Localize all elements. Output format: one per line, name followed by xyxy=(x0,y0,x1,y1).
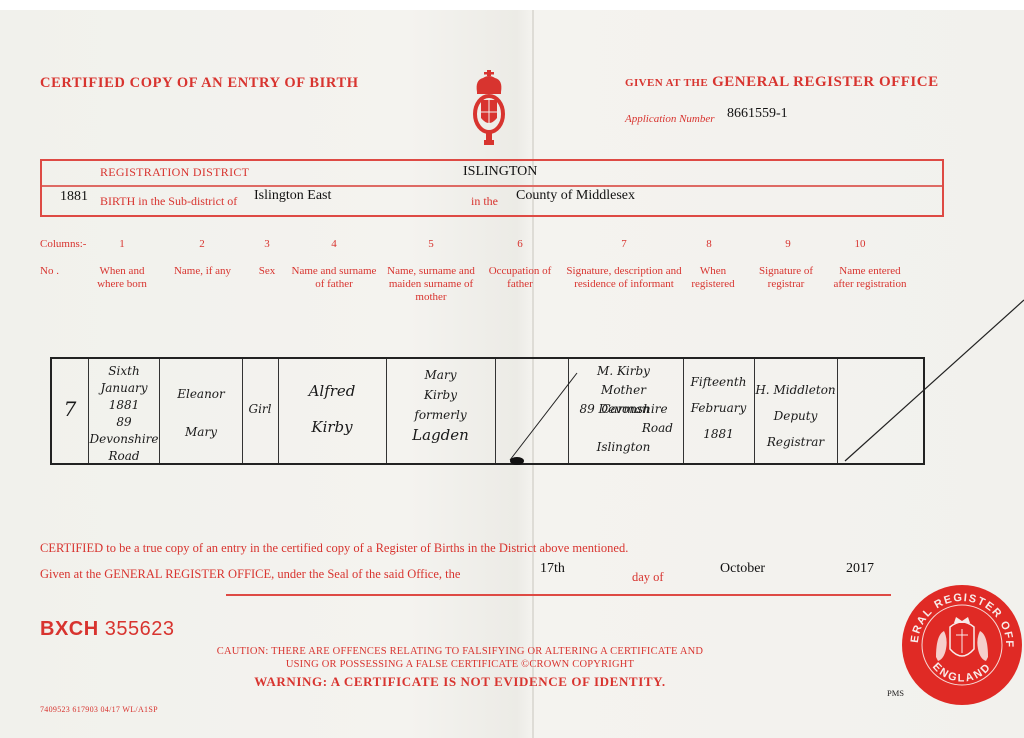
informant-address: 89 Devonshire xyxy=(566,400,681,419)
entry-sex: Girl xyxy=(242,401,278,418)
column-header-when-where-born: When and where born xyxy=(92,265,152,291)
registered-day: Fifteenth xyxy=(683,369,754,395)
column-header-informant: Signature, description and residence of … xyxy=(562,265,686,291)
serial-digits: 355623 xyxy=(105,618,175,640)
registrar-role: Registrar xyxy=(754,429,837,455)
column-divider xyxy=(495,359,496,463)
column-header-registrar: Signature of registrar xyxy=(756,265,816,291)
certification-month: October xyxy=(720,561,765,577)
certification-day: 17th xyxy=(540,561,565,577)
subdistrict-value: Islington East xyxy=(254,188,331,204)
column-number-5: 5 xyxy=(426,238,436,250)
columns-label: Columns:- xyxy=(40,238,86,250)
mother-forename: Mary xyxy=(386,365,495,385)
entry-number: 7 xyxy=(52,401,88,418)
column-header-when-registered: When registered xyxy=(690,265,736,291)
given-at-heading: GIVEN AT THE GENERAL REGISTER OFFICE xyxy=(625,73,939,91)
born-year: 1881 xyxy=(88,397,160,414)
column-header-father: Name and surname of father xyxy=(288,265,380,291)
column-number-4: 4 xyxy=(329,238,339,250)
office-name: GENERAL REGISTER OFFICE xyxy=(712,74,939,90)
serial-number: BXCH 355623 xyxy=(40,618,174,641)
informant-description: Mother xyxy=(566,381,681,400)
general-register-office-seal-icon: GENERAL REGISTER OFFICE ENGLAND xyxy=(900,583,1024,707)
entry-father: Alfred Kirby xyxy=(278,373,386,445)
born-day: Sixth xyxy=(88,363,160,380)
application-number-label: Application Number xyxy=(625,113,715,125)
registrar-name: H. Middleton xyxy=(754,377,837,403)
registration-district-label: REGISTRATION DISTRICT xyxy=(100,165,249,180)
column-number-7: 7 xyxy=(619,238,629,250)
caution-notice: CAUTION: THERE ARE OFFENCES RELATING TO … xyxy=(200,646,720,671)
column-header-name: Name, if any xyxy=(170,265,235,278)
mother-surname: Kirby xyxy=(386,385,495,405)
column-header-occupation: Occupation of father xyxy=(488,265,552,291)
identity-warning: WARNING: A CERTIFICATE IS NOT EVIDENCE O… xyxy=(200,674,720,690)
entry-mother: Mary Kirby formerly Lagden xyxy=(386,365,495,445)
day-of-label: day of xyxy=(632,570,664,585)
certification-year: 2017 xyxy=(846,561,874,577)
entry-when-where-born: Sixth January 1881 89 Devonshire Road xyxy=(88,363,160,465)
certificate-title: CERTIFIED COPY OF AN ENTRY OF BIRTH xyxy=(40,75,359,92)
informant-town: Islington xyxy=(566,438,681,457)
birth-year: 1881 xyxy=(60,189,88,205)
serial-prefix: BXCH xyxy=(40,618,99,640)
entry-registrar: H. Middleton Deputy Registrar xyxy=(754,377,837,455)
given-at-prefix: GIVEN AT THE xyxy=(625,77,708,89)
father-surname: Kirby xyxy=(278,409,386,445)
entry-informant: M. Kirby Mother 89 Devonshire Road Islin… xyxy=(566,362,681,457)
name-second: Mary xyxy=(160,413,242,451)
registered-year: 1881 xyxy=(683,421,754,447)
entry-when-registered: Fifteenth February 1881 xyxy=(683,369,754,447)
column-header-name-after-registration: Name entered after registration xyxy=(832,265,908,291)
born-road: Road xyxy=(88,448,160,465)
column-number-6: 6 xyxy=(515,238,525,250)
column-number-10: 10 xyxy=(852,238,868,250)
column-number-2: 2 xyxy=(197,238,207,250)
column-header-no: No . xyxy=(40,265,70,278)
column-header-mother: Name, surname and maiden surname of moth… xyxy=(383,265,479,304)
royal-crest-icon xyxy=(471,68,507,148)
entry-table: 7 Sixth January 1881 89 Devonshire Road … xyxy=(50,357,925,465)
mother-formerly: formerly xyxy=(386,405,495,425)
in-the-label: in the xyxy=(471,194,498,209)
given-at-statement: Given at the GENERAL REGISTER OFFICE, un… xyxy=(40,567,460,582)
column-number-1: 1 xyxy=(117,238,127,250)
column-number-3: 3 xyxy=(262,238,272,250)
registered-month: February xyxy=(683,395,754,421)
father-forename: Alfred xyxy=(278,373,386,409)
born-month: January xyxy=(88,380,160,397)
registration-district-value: ISLINGTON xyxy=(463,164,537,180)
application-number: 8661559-1 xyxy=(727,106,788,122)
informant-name: M. Kirby xyxy=(566,362,681,381)
registrar-title: Deputy xyxy=(754,403,837,429)
column-header-sex: Sex xyxy=(252,265,282,278)
signature-line xyxy=(226,594,891,596)
column-divider xyxy=(837,359,838,463)
certification-statement: CERTIFIED to be a true copy of an entry … xyxy=(40,541,628,556)
entry-name: Eleanor Mary xyxy=(160,375,242,451)
column-number-9: 9 xyxy=(783,238,793,250)
column-number-8: 8 xyxy=(704,238,714,250)
born-address: 89 Devonshire xyxy=(88,414,160,448)
name-first: Eleanor xyxy=(160,375,242,413)
informant-road: Road xyxy=(566,419,681,438)
subdistrict-label: BIRTH in the Sub-district of xyxy=(100,194,237,209)
county-value: County of Middlesex xyxy=(516,188,635,204)
print-code: 7409523 617903 04/17 WL/A1SP xyxy=(40,705,158,714)
mother-maiden-name: Lagden xyxy=(386,425,495,445)
district-divider xyxy=(42,185,942,187)
